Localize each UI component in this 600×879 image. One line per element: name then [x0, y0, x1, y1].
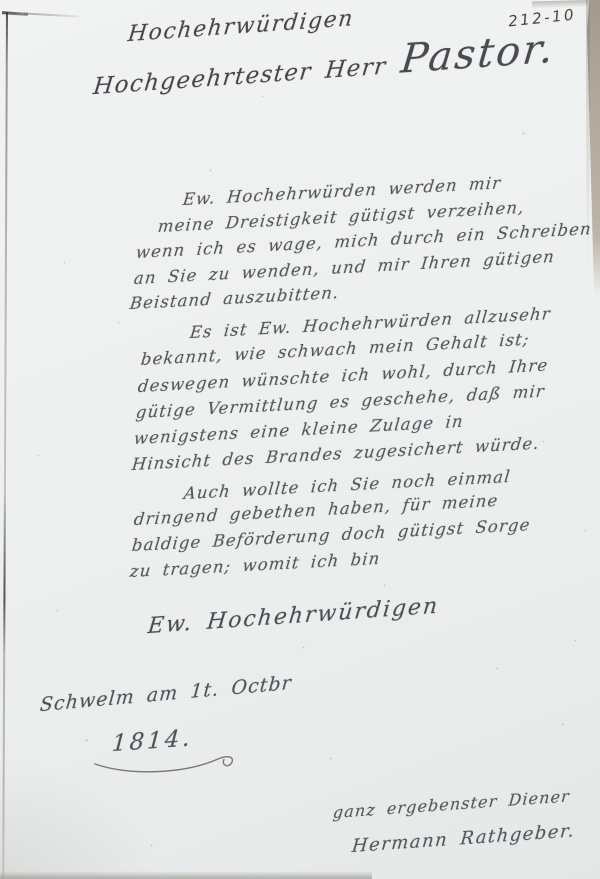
dateline-place: Schwelm am 1t. Octbr — [39, 672, 293, 716]
signature-name: Hermann Rathgeber. — [351, 820, 576, 857]
page-right-edge-shadow — [586, 0, 590, 290]
closing-formula: Ew. Hochehrwürdigen — [147, 594, 441, 640]
scanned-letter-page: 212-10 Hochehrwürdigen Hochgeehrtester H… — [0, 0, 600, 879]
addressee-name: Pastor. — [399, 26, 558, 83]
salutation-line-1: Hochehrwürdigen — [127, 6, 356, 47]
paragraph-3-line: zu tragen; womit ich bin — [129, 549, 381, 581]
paper-speckles — [0, 0, 1, 1]
page-crease-line — [2, 12, 8, 879]
salutation-line-2: Hochgeehrtester Herr — [92, 53, 388, 100]
ink-flourish — [92, 750, 242, 780]
page-corner-faint-line — [24, 13, 79, 18]
signature-valediction: ganz ergebenster Diener — [332, 786, 571, 822]
paragraph-1-line: Beistand auszubitten. — [129, 283, 340, 313]
